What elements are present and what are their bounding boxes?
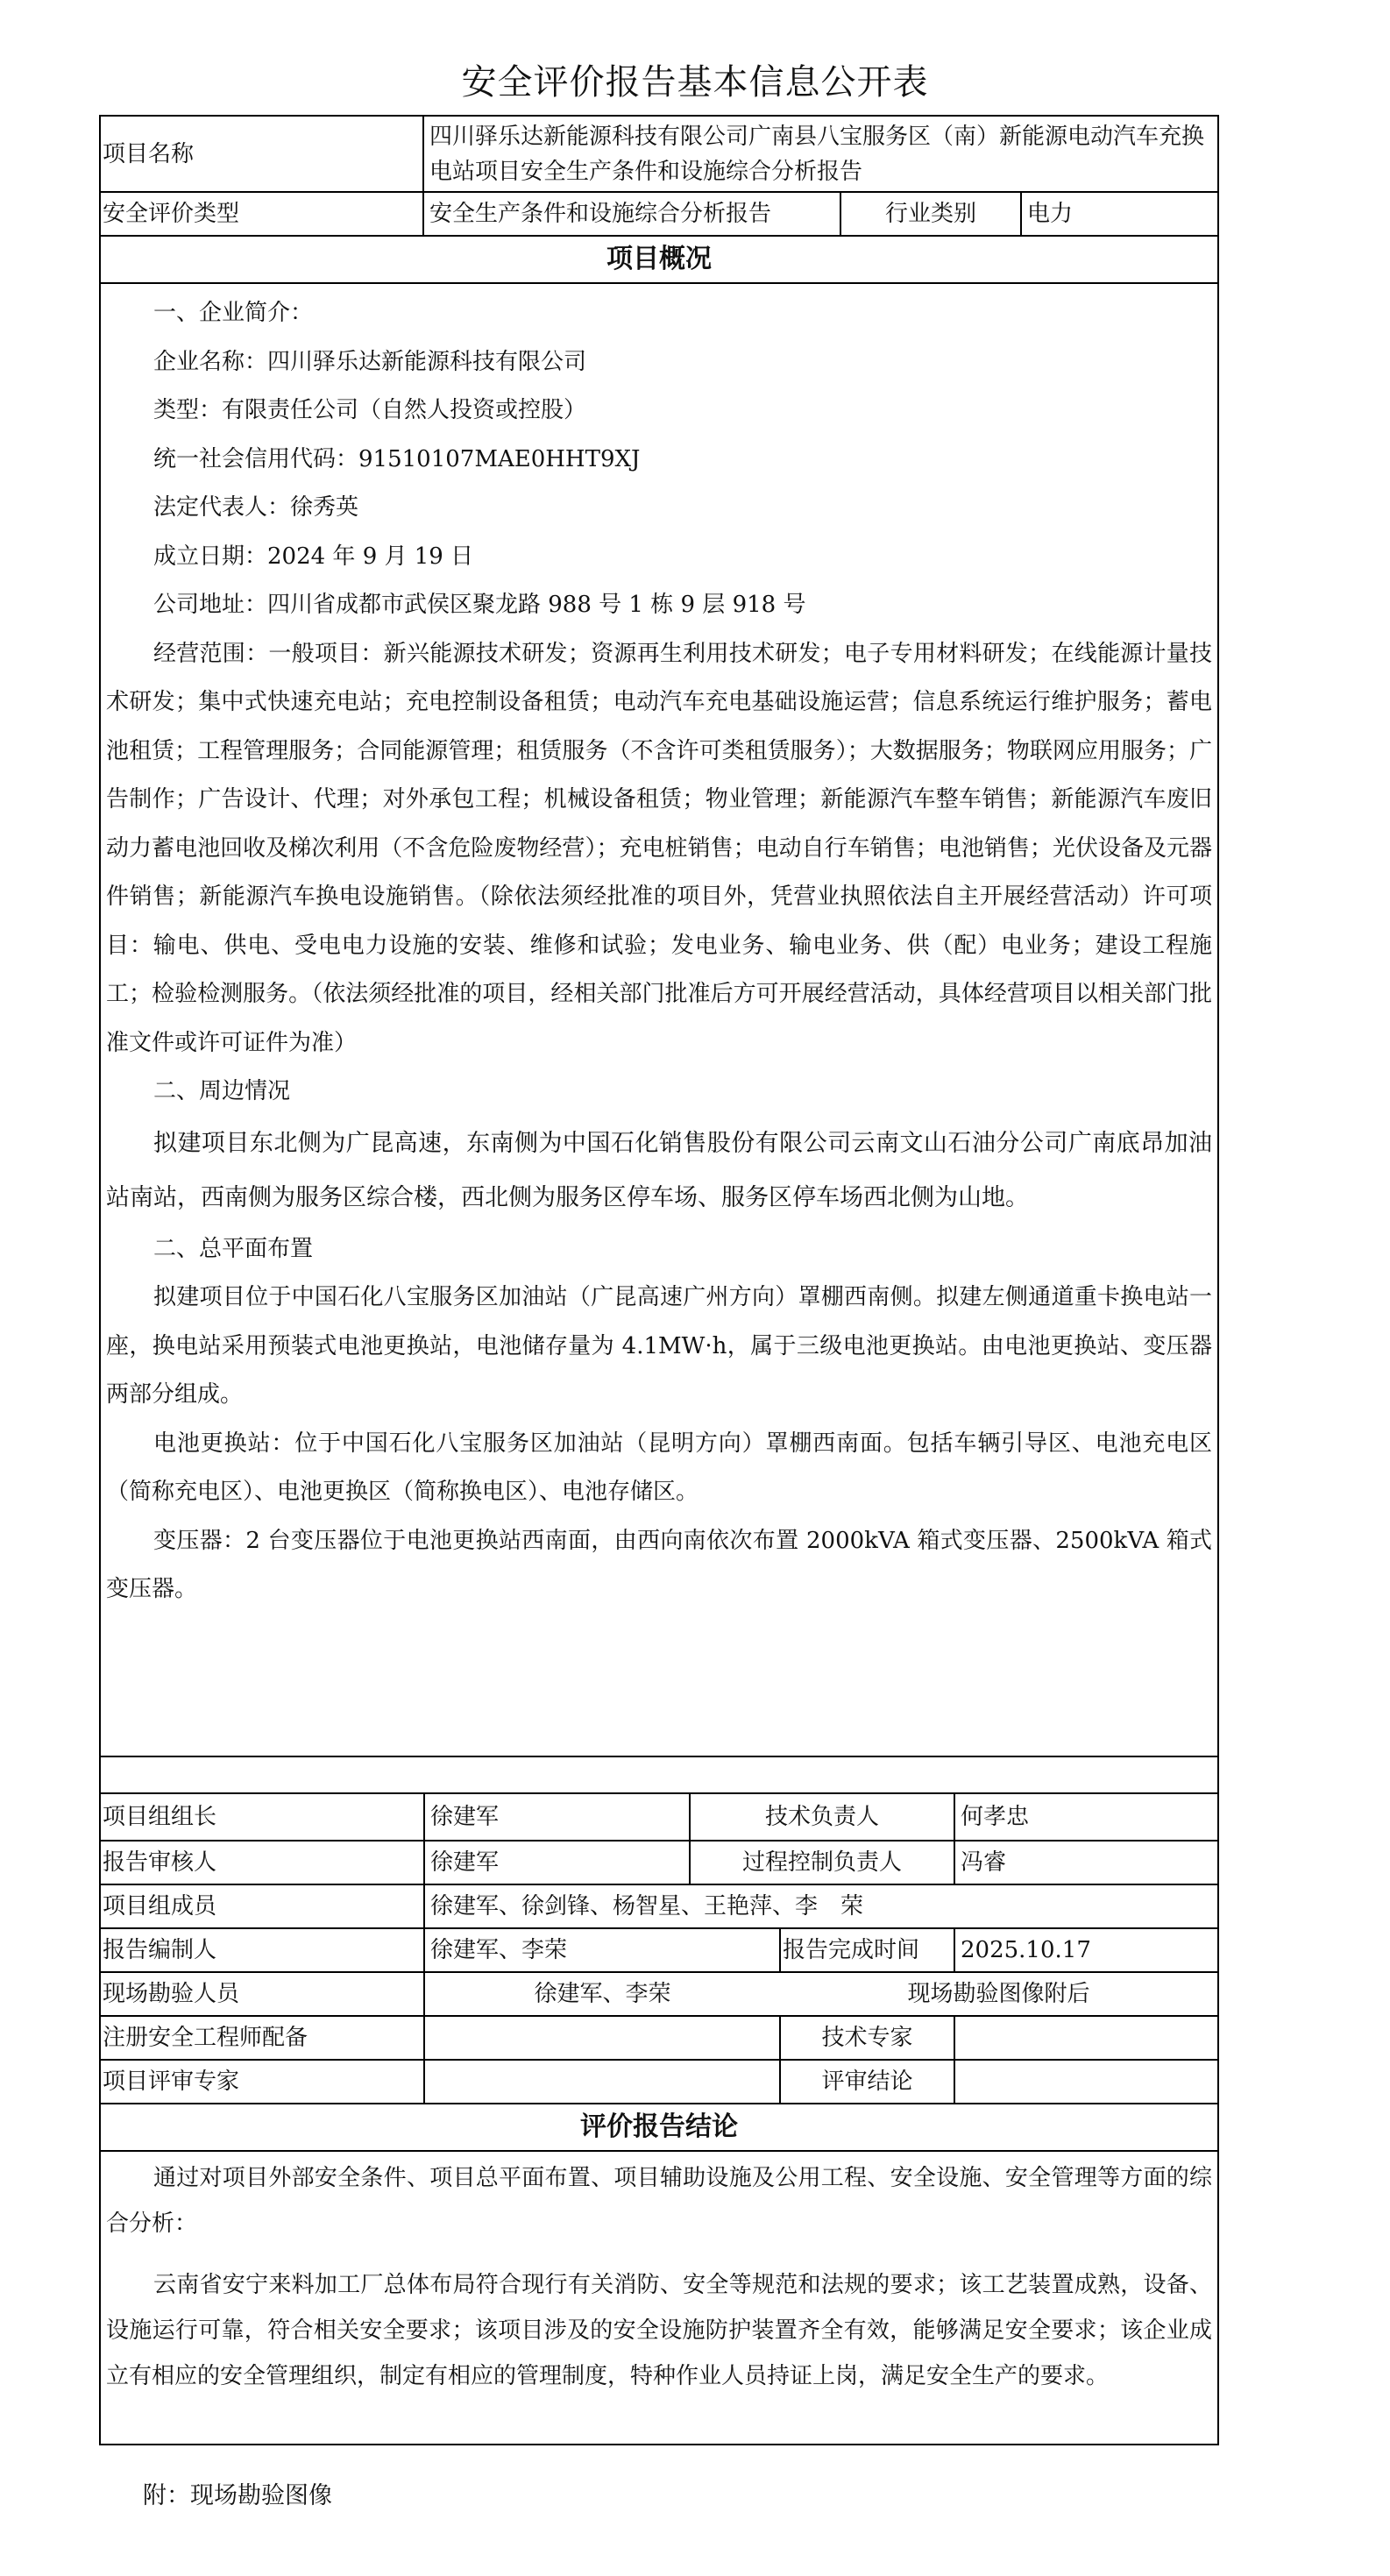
review-expert-value (424, 2061, 780, 2103)
author-value: 徐建军、李荣 (424, 1929, 780, 1971)
info-table: 项目名称 四川驿乐达新能源科技有限公司广南县八宝服务区（南）新能源电动汽车充换电… (99, 115, 1219, 2445)
members-label: 项目组成员 (101, 1885, 424, 1927)
review-conclusion-label: 评审结论 (780, 2061, 954, 2103)
document-title: 安全评价报告基本信息公开表 (0, 60, 1390, 105)
overview-heading-row: 项目概况 (100, 236, 1218, 283)
leader-value: 徐建军 (424, 1794, 690, 1840)
eval-type-value: 安全生产条件和设施综合分析报告 (424, 193, 840, 235)
process-lead-label: 过程控制负责人 (690, 1842, 954, 1884)
members-value: 徐建军、徐剑锋、杨智星、王艳萍、李 荣 (424, 1885, 1217, 1927)
founded-date: 成立日期：2024 年 9 月 19 日 (106, 533, 1212, 582)
project-name-label: 项目名称 (100, 116, 423, 192)
surroundings-text: 拟建项目东北侧为广昆高速，东南侧为中国石化销售股份有限公司云南文山石油分公司广南… (106, 1117, 1212, 1225)
section-company-title: 一、企业简介： (106, 289, 1212, 338)
conclusion-body: 通过对项目外部安全条件、项目总平面布置、项目辅助设施及公用工程、安全设施、安全管… (100, 2151, 1218, 2445)
process-lead-value: 冯睿 (954, 1842, 1217, 1884)
conclusion-body-row: 通过对项目外部安全条件、项目总平面布置、项目辅助设施及公用工程、安全设施、安全管… (100, 2151, 1218, 2445)
personnel-row-review-expert: 项目评审专家 评审结论 (100, 2060, 1218, 2104)
personnel-row-members: 项目组成员 徐建军、徐剑锋、杨智星、王艳萍、李 荣 (100, 1884, 1218, 1928)
empty-row (100, 1756, 1218, 1793)
eval-type-row: 安全评价类型 安全生产条件和设施综合分析报告 行业类别 电力 (100, 192, 1218, 236)
leader-label: 项目组组长 (101, 1794, 424, 1840)
tech-expert-label: 技术专家 (780, 2017, 954, 2059)
site-label: 现场勘验人员 (101, 1973, 424, 2015)
engineer-value (424, 2017, 780, 2059)
personnel-row-author: 报告编制人 徐建军、李荣 报告完成时间 2025.10.17 (100, 1928, 1218, 1972)
project-name-value: 四川驿乐达新能源科技有限公司广南县八宝服务区（南）新能源电动汽车充换电站项目安全… (423, 116, 1218, 192)
section-layout-title: 二、总平面布置 (106, 1225, 1212, 1274)
conclusion-heading: 评价报告结论 (100, 2104, 1218, 2151)
industry-value: 电力 (1021, 193, 1217, 235)
reviewer-value: 徐建军 (424, 1842, 690, 1884)
personnel-row-reviewer: 报告审核人 徐建军 过程控制负责人 冯睿 (100, 1841, 1218, 1884)
review-conclusion-value (954, 2061, 1217, 2103)
reviewer-label: 报告审核人 (101, 1842, 424, 1884)
eval-type-label: 安全评价类型 (100, 192, 423, 236)
project-name-row: 项目名称 四川驿乐达新能源科技有限公司广南县八宝服务区（南）新能源电动汽车充换电… (100, 116, 1218, 192)
site-value: 徐建军、李荣 (424, 1973, 780, 2015)
personnel-row-leader: 项目组组长 徐建军 技术负责人 何孝忠 (100, 1793, 1218, 1841)
site-note: 现场勘验图像附后 (780, 1973, 1217, 2015)
industry-label: 行业类别 (840, 193, 1021, 235)
layout-paragraph-3: 变压器：2 台变压器位于电池更换站西南面，由西向南依次布置 2000kVA 箱式… (106, 1517, 1212, 1614)
overview-body: 一、企业简介： 企业名称：四川驿乐达新能源科技有限公司 类型：有限责任公司（自然… (100, 283, 1218, 1756)
overview-heading: 项目概况 (100, 236, 1218, 283)
company-name: 企业名称：四川驿乐达新能源科技有限公司 (106, 338, 1212, 387)
attachment-note: 附：现场勘验图像 (143, 2479, 332, 2514)
personnel-row-engineer: 注册安全工程师配备 技术专家 (100, 2016, 1218, 2060)
personnel-row-site: 现场勘验人员 徐建军、李荣 现场勘验图像附后 (100, 1972, 1218, 2016)
layout-paragraph-2: 电池更换站：位于中国石化八宝服务区加油站（昆明方向）罩棚西南面。包括车辆引导区、… (106, 1420, 1212, 1517)
credit-code: 统一社会信用代码：91510107MAE0HHT9XJ (106, 436, 1212, 485)
overview-body-row: 一、企业简介： 企业名称：四川驿乐达新能源科技有限公司 类型：有限责任公司（自然… (100, 283, 1218, 1756)
tech-expert-value (954, 2017, 1217, 2059)
business-scope: 经营范围：一般项目：新兴能源技术研发；资源再生利用技术研发；电子专用材料研发；在… (106, 630, 1212, 1068)
author-label: 报告编制人 (101, 1929, 424, 1971)
conclusion-paragraph-1: 通过对项目外部安全条件、项目总平面布置、项目辅助设施及公用工程、安全设施、安全管… (106, 2155, 1212, 2246)
tech-lead-value: 何孝忠 (954, 1794, 1217, 1840)
layout-paragraph-1: 拟建项目位于中国石化八宝服务区加油站（广昆高速广州方向）罩棚西南侧。拟建左侧通道… (106, 1274, 1212, 1420)
conclusion-paragraph-2: 云南省安宁来料加工厂总体布局符合现行有关消防、安全等规范和法规的要求；该工艺装置… (106, 2262, 1212, 2399)
company-address: 公司地址：四川省成都市武侯区聚龙路 988 号 1 栋 9 层 918 号 (106, 581, 1212, 630)
conclusion-heading-row: 评价报告结论 (100, 2104, 1218, 2151)
engineer-label: 注册安全工程师配备 (101, 2017, 424, 2059)
completion-label: 报告完成时间 (780, 1929, 954, 1971)
legal-representative: 法定代表人：徐秀英 (106, 484, 1212, 533)
section-surroundings-title: 二、周边情况 (106, 1068, 1212, 1117)
review-expert-label: 项目评审专家 (101, 2061, 424, 2103)
tech-lead-label: 技术负责人 (690, 1794, 954, 1840)
company-type: 类型：有限责任公司（自然人投资或控股） (106, 387, 1212, 436)
empty-cell (100, 1756, 1218, 1793)
completion-value: 2025.10.17 (954, 1929, 1217, 1971)
